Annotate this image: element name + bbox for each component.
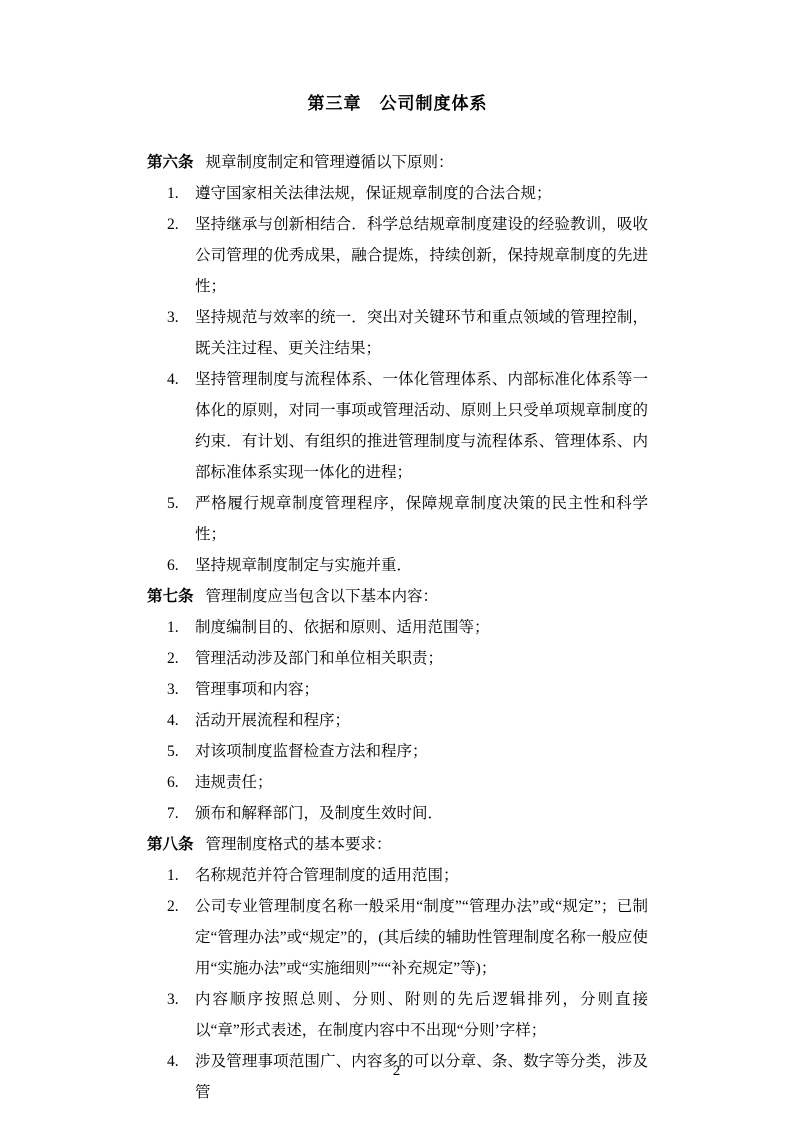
list-item-number: 1.: [167, 178, 179, 209]
list-item: 2.公司专业管理制度名称一般采用“制度”“管理办法”或“规定”；已制定“管理办法…: [147, 891, 648, 984]
list-item: 5.严格履行规章制度管理程序，保障规章制度决策的民主性和科学性；: [147, 488, 648, 550]
list-item-text: 管理活动涉及部门和单位相关职责；: [195, 650, 443, 667]
article-intro: 管理制度应当包含以下基本内容：: [206, 588, 439, 605]
article-heading: 第六条: [147, 154, 194, 171]
list-item-text: 制度编制目的、依据和原则、适用范围等；: [195, 619, 490, 636]
article-heading: 第八条: [147, 836, 194, 853]
list-item: 5.对该项制度监督检查方法和程序；: [147, 736, 648, 767]
document-content: 第三章 公司制度体系 第六条规章制度制定和管理遵循以下原则： 1.遵守国家相关法…: [147, 93, 648, 1108]
list-item: 3.坚持规范与效率的统一．突出对关键环节和重点领域的管理控制，既关注过程、更关注…: [147, 302, 648, 364]
article-heading: 第七条: [147, 588, 194, 605]
list-item-number: 1.: [167, 860, 179, 891]
article-intro: 规章制度制定和管理遵循以下原则：: [206, 154, 454, 171]
list-item: 1.遵守国家相关法律法规，保证规章制度的合法合规；: [147, 178, 648, 209]
article-intro: 管理制度格式的基本要求：: [206, 836, 392, 853]
list-item-number: 3.: [167, 302, 179, 333]
article-head-line: 第八条管理制度格式的基本要求：: [147, 829, 648, 860]
list-item-number: 5.: [167, 488, 179, 519]
list-item: 4.活动开展流程和程序；: [147, 705, 648, 736]
list-item-text: 公司专业管理制度名称一般采用“制度”“管理办法”或“规定”；已制定“管理办法”或…: [195, 898, 648, 977]
list-item-text: 严格履行规章制度管理程序，保障规章制度决策的民主性和科学性；: [195, 495, 648, 543]
list-item: 7.颁布和解释部门，及制度生效时间．: [147, 798, 648, 829]
article: 第六条规章制度制定和管理遵循以下原则： 1.遵守国家相关法律法规，保证规章制度的…: [147, 147, 648, 581]
list-item-number: 4.: [167, 705, 179, 736]
page-number: 2: [0, 1060, 793, 1082]
list-item-number: 4.: [167, 364, 179, 395]
chapter-title: 第三章 公司制度体系: [147, 93, 648, 115]
article-head-line: 第六条规章制度制定和管理遵循以下原则：: [147, 147, 648, 178]
document-page: 第三章 公司制度体系 第六条规章制度制定和管理遵循以下原则： 1.遵守国家相关法…: [0, 0, 793, 1122]
list-item: 4.坚持管理制度与流程体系、一体化管理体系、内部标准化体系等一体化的原则，对同一…: [147, 364, 648, 488]
list-item-number: 7.: [167, 798, 179, 829]
list-item-text: 内容顺序按照总则、分则、附则的先后逻辑排列，分则直接以“章”形式表述，在制度内容…: [195, 991, 648, 1039]
list-item-text: 遵守国家相关法律法规，保证规章制度的合法合规；: [195, 185, 552, 202]
list-item: 3.管理事项和内容；: [147, 674, 648, 705]
list-item-text: 活动开展流程和程序；: [195, 712, 350, 729]
list-item: 2.坚持继承与创新相结合．科学总结规章制度建设的经验教训，吸收公司管理的优秀成果…: [147, 209, 648, 302]
list-item-text: 违规责任；: [195, 774, 273, 791]
list-item-number: 2.: [167, 643, 179, 674]
list-item: 6.坚持规章制度制定与实施并重．: [147, 550, 648, 581]
list-item: 1.名称规范并符合管理制度的适用范围；: [147, 860, 648, 891]
list-item: 1.制度编制目的、依据和原则、适用范围等；: [147, 612, 648, 643]
list-item-number: 6.: [167, 767, 179, 798]
list-item-text: 坚持规范与效率的统一．突出对关键环节和重点领域的管理控制，既关注过程、更关注结果…: [195, 309, 648, 357]
list-item-text: 名称规范并符合管理制度的适用范围；: [195, 867, 459, 884]
list-item-number: 2.: [167, 891, 179, 922]
list-item: 6.违规责任；: [147, 767, 648, 798]
list-item-text: 坚持继承与创新相结合．科学总结规章制度建设的经验教训，吸收公司管理的优秀成果，融…: [195, 216, 648, 295]
list-item-text: 管理事项和内容；: [195, 681, 319, 698]
list-item-number: 2.: [167, 209, 179, 240]
article-head-line: 第七条管理制度应当包含以下基本内容：: [147, 581, 648, 612]
list-item-text: 对该项制度监督检查方法和程序；: [195, 743, 428, 760]
list-item-number: 6.: [167, 550, 179, 581]
list-item-text: 坚持管理制度与流程体系、一体化管理体系、内部标准化体系等一体化的原则，对同一事项…: [195, 371, 648, 481]
list-item-text: 坚持规章制度制定与实施并重．: [195, 557, 412, 574]
list-item-number: 3.: [167, 674, 179, 705]
list-item: 2.管理活动涉及部门和单位相关职责；: [147, 643, 648, 674]
list-item: 3.内容顺序按照总则、分则、附则的先后逻辑排列，分则直接以“章”形式表述，在制度…: [147, 984, 648, 1046]
list-item-number: 5.: [167, 736, 179, 767]
list-item-text: 颁布和解释部门，及制度生效时间．: [195, 805, 443, 822]
list-item-number: 1.: [167, 612, 179, 643]
list-item-number: 3.: [167, 984, 179, 1015]
article: 第七条管理制度应当包含以下基本内容： 1.制度编制目的、依据和原则、适用范围等；…: [147, 581, 648, 829]
